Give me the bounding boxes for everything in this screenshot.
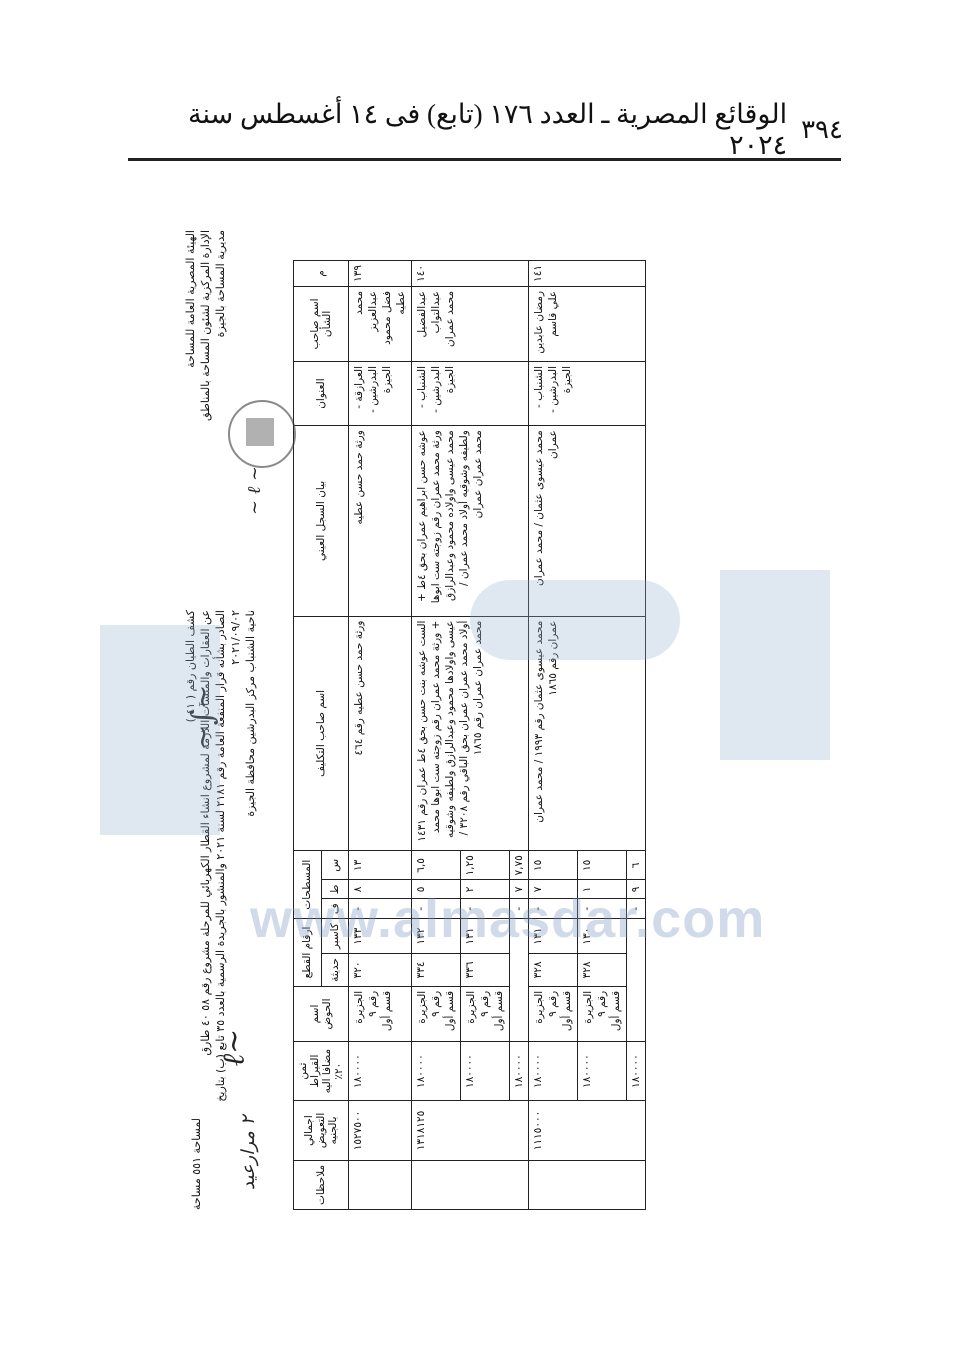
col-plots: ارقام القطع xyxy=(294,919,322,987)
subtotal-blank xyxy=(510,919,529,1042)
table-cell: ٧ xyxy=(529,880,578,899)
table-cell: العرازقة - البدرشين - الجيزة xyxy=(349,361,412,425)
table-cell: الجزيرة رقم ٩ قسم أول xyxy=(578,986,627,1041)
col-modern: حديثة xyxy=(321,954,349,987)
table-cell: ١٥ xyxy=(529,851,578,880)
table-cell: ١٣٢ xyxy=(412,919,461,954)
signature: ~ ℓ ~ xyxy=(244,466,265,515)
table-cell: - xyxy=(349,899,412,919)
table-cell: ٣٢٠ xyxy=(349,954,412,987)
table-cell: الجزيرة رقم ٩ قسم أول xyxy=(349,986,412,1041)
table-cell: ١٥٢٧٥٠٠ xyxy=(349,1101,412,1161)
table-cell: ٢ xyxy=(461,880,510,899)
table-cell: ١٨٠٠٠٠ xyxy=(349,1042,412,1101)
table-cell: الشنباب - البدرشين - الجيزة xyxy=(529,361,646,425)
subtotal-cell: ٦ xyxy=(627,851,646,880)
table-row: ١٤٠عبدالفضيل عبدالتواب محمد عمرانالشنباب… xyxy=(412,261,461,1210)
table-cell: محمد عيسوى عثمان / محمد عمران عمران xyxy=(529,426,646,616)
table-cell: ١٣١ xyxy=(461,919,510,954)
col-notes: ملاحظات xyxy=(294,1160,349,1209)
table-cell: ١٨٠٠٠٠ xyxy=(412,1042,461,1101)
table-cell: الشنباب - البدرشين - الجيزة xyxy=(412,361,529,425)
subtotal-cell: ١٨٠٠٠٠ xyxy=(627,1042,646,1101)
col-basin: اسم الحوض xyxy=(294,986,349,1041)
subtotal-cell: ١٨٠٠٠٠ xyxy=(510,1042,529,1101)
table-cell: ١,٢٥ xyxy=(461,851,510,880)
col-assignment: اسم صاحب التكليف xyxy=(294,616,349,851)
col-areas: المسطحات xyxy=(294,851,322,919)
subtotal-cell: - xyxy=(510,899,529,919)
table-cell: الجزيرة رقم ٩ قسم أول xyxy=(529,986,578,1041)
table-cell: - xyxy=(461,899,510,919)
org-block: الهيئة المصرية العامة للمساحة الإدارة ال… xyxy=(183,230,228,590)
org-line: الهيئة المصرية العامة للمساحة xyxy=(183,230,198,590)
signature: ~∫~ xyxy=(185,685,220,751)
table-cell: - xyxy=(578,899,627,919)
table-cell: ١٤١ xyxy=(529,261,646,287)
table-cell: ١٣١ xyxy=(529,919,578,954)
table-cell xyxy=(529,1160,646,1209)
table-cell: الجزيرة رقم ٩ قسم أول xyxy=(461,986,510,1041)
table-cell: عبدالفضيل عبدالتواب محمد عمران xyxy=(412,286,529,361)
area-note: لمساحة ٥٥١ مساحة xyxy=(189,1118,204,1210)
official-stamp xyxy=(228,400,296,468)
subtotal-cell: ٧ xyxy=(510,880,529,899)
table-cell: الجزيرة رقم ٩ قسم أول xyxy=(412,986,461,1041)
table-cell: ١٨٠٠٠٠ xyxy=(529,1042,578,1101)
table-cell xyxy=(349,1160,412,1209)
org-line: مديرية المساحة بالجيزة xyxy=(213,230,228,590)
table-cell: ١٣٩ xyxy=(349,261,412,287)
table-cell: ١١١٥٠٠٠ xyxy=(529,1101,646,1161)
table-cell: ورثة حمد حسن عطيه رقم ٤٦٤ xyxy=(349,616,412,851)
table-cell: ١٨٠٠٠٠ xyxy=(461,1042,510,1101)
table-cell: ٣٢٨ xyxy=(578,954,627,987)
table-cell: ١٣ xyxy=(349,851,412,880)
subtotal-cell: ٧,٧٥ xyxy=(510,851,529,880)
col-qirat: ط xyxy=(321,880,349,899)
table-row: ١٣٩محمد عبدالعزيز فضل محمود عطيهالعرازقة… xyxy=(349,261,412,1210)
table-cell: ورثة حمد حسن عطيه xyxy=(349,426,412,616)
table-cell: محمد عبدالعزيز فضل محمود عطيه xyxy=(349,286,412,361)
table-cell: ١٣٠ xyxy=(578,919,627,954)
signature: ℓ~ xyxy=(216,1029,251,1067)
table-cell: ٣٣٤ xyxy=(412,954,461,987)
table-cell: محمد عيسوى عثمان رقم ١٩٩٣ / محمد عمران ع… xyxy=(529,616,646,851)
table-cell: ٦,٥ xyxy=(412,851,461,880)
table-cell: ١٣١٨١٢٥ xyxy=(412,1101,529,1161)
table-cell: رمضان عابدين علي قاسم xyxy=(529,286,646,361)
col-sahm: س xyxy=(321,851,349,880)
table-cell: ١ xyxy=(578,880,627,899)
org-line: الإدارة المركزية لشئون المساحة بالمناطق xyxy=(198,230,213,590)
col-address: العنوان xyxy=(294,361,349,425)
table-cell: ٣٣٦ xyxy=(461,954,510,987)
table-cell: ٨ xyxy=(349,880,412,899)
col-price: ثمن القيراط مضافا اليه ٢٠٪ xyxy=(294,1042,349,1101)
subtotal-cell: ٩ xyxy=(627,880,646,899)
table-cell: الست عوشه بنت حسن بحق ٤ط عمران رقم ١٤٣١ … xyxy=(412,616,529,851)
subtotal-blank xyxy=(627,919,646,1042)
table-cell: ١٨٠٠٠٠ xyxy=(578,1042,627,1101)
handwritten-note: ٢ مرارعيد xyxy=(241,1116,256,1190)
table-cell: ١٣٣ xyxy=(349,919,412,954)
subtotal-cell: - xyxy=(627,899,646,919)
col-serial: م xyxy=(294,261,349,287)
table-cell: ٣٢٨ xyxy=(529,954,578,987)
scanned-document: الهيئة المصرية العامة للمساحة الإدارة ال… xyxy=(0,0,963,1360)
compensation-table: م اسم صاحب الشأن العنوان بيان السجل العي… xyxy=(293,260,646,1210)
table-cell: ١٤٠ xyxy=(412,261,529,287)
table-cell: ٥ xyxy=(412,880,461,899)
col-owner: اسم صاحب الشأن xyxy=(294,286,349,361)
table-cell: - xyxy=(412,899,461,919)
col-record: بيان السجل العيني xyxy=(294,426,349,616)
table-cell: عوشه حسن ابراهيم عمران بحق ٤ط + ورثة محم… xyxy=(412,426,529,616)
table-body: ١٣٩محمد عبدالعزيز فضل محمود عطيهالعرازقة… xyxy=(349,261,646,1210)
table-cell: - xyxy=(529,899,578,919)
table-row: ١٤١رمضان عابدين علي قاسمالشنباب - البدرش… xyxy=(529,261,578,1210)
col-casper: كاسبر xyxy=(321,919,349,954)
rotated-page: الهيئة المصرية العامة للمساحة الإدارة ال… xyxy=(175,230,795,1230)
table-cell: ١٥ xyxy=(578,851,627,880)
col-total: اجمالي التعويض بالجنيه xyxy=(294,1101,349,1161)
table-cell xyxy=(412,1160,529,1209)
col-feddan: ف xyxy=(321,899,349,919)
